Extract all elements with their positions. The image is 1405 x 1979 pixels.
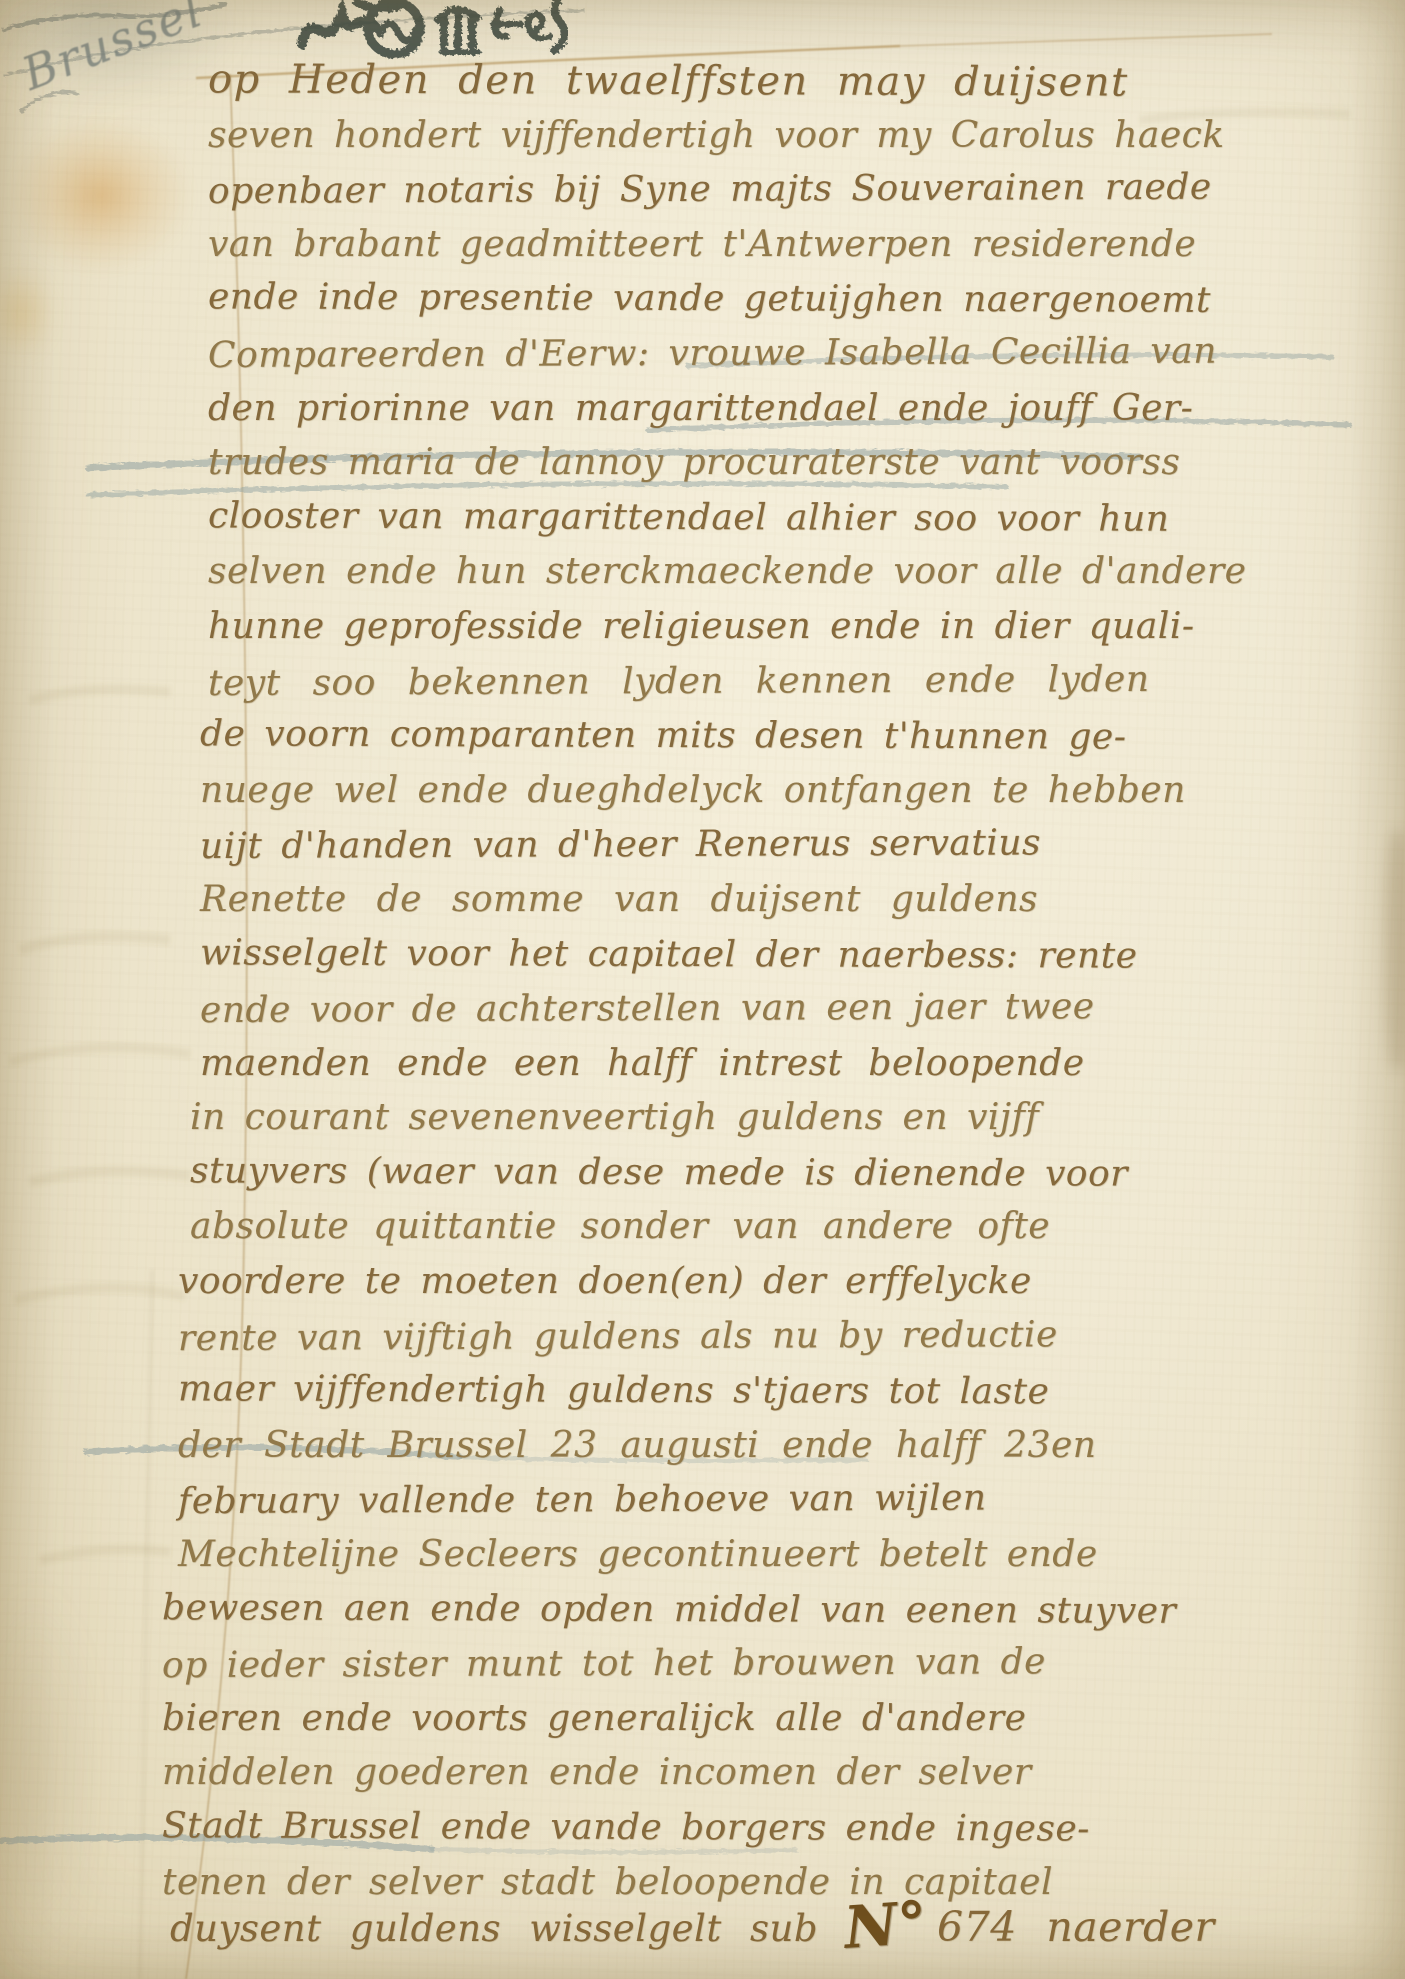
deed-line: op ieder sister munt tot het brouwen van… [162,1635,1138,1694]
deed-line: de voorn comparanten mits desen t'hunnen… [200,707,1138,765]
deed-line: maer vijffendertigh guldens s'tjaers tot… [178,1363,1138,1421]
deed-line: hunne geprofesside religieusen ende in d… [208,600,1138,655]
deed-line: absolute quittantie sonder van andere of… [190,1200,1138,1255]
deed-line: rente van vijftigh guldens als nu by red… [178,1308,1138,1367]
paper-crease-shade [1385,830,1405,1070]
deed-line: middelen goederen ende incomen der selve… [162,1746,1138,1801]
deed-line: selven ende hun sterckmaeckende voor all… [208,545,1138,600]
deed-line: wisselgelt voor het capitael der naerbes… [200,926,1138,984]
deed-line: den priorinne van margarittendael ende j… [208,382,1138,437]
deed-line: Mechtelijne Secleers gecontinueert betel… [178,1528,1138,1583]
deed-line: seven hondert vijffendertigh voor my Car… [208,109,1138,164]
deed-line: Compareerden d'Eerw: vrouwe Isabella Cec… [208,325,1138,384]
deed-line: trudes maria de lannoy procuraterste van… [208,436,1138,491]
deed-line: der Stadt Brussel 23 augusti ende halff … [178,1419,1138,1474]
deed-line: Stadt Brussel ende vande borgers ende in… [162,1799,1138,1857]
deed-line: bewesen aen ende opden middel van eenen … [162,1581,1138,1639]
deed-text-block: op Heden den twaelffsten may duijsentsev… [208,54,1138,1910]
deed-line: nuege wel ende dueghdelyck ontfangen te … [200,764,1138,819]
deed-line: teyt soo bekennen lyden kennen ende lyde… [208,653,1138,712]
deed-line: van brabant geadmitteert t'Antwerpen res… [208,218,1138,273]
paper-stain [0,1580,100,1979]
deed-final-line: duysent guldens wisselgelt subN°674 naer… [170,1892,1390,1952]
deed-line: ende inde presentie vande getuijghen nae… [208,271,1138,329]
deed-line: clooster van margarittendael alhier soo … [208,489,1138,547]
deed-line: february vallende ten behoeve van wijlen [178,1471,1138,1530]
fold-crease-line [140,1270,152,1979]
scanned-deed-page: Brussel op Heden den twaelffsten may dui… [0,0,1405,1979]
deed-line: bieren ende voorts generalijck alle d'an… [162,1692,1138,1747]
deed-line: uijt d'handen van d'heer Renerus servati… [200,816,1138,875]
deed-line: openbaer notaris bij Syne majts Souverai… [208,161,1138,220]
paper-stain [0,268,56,358]
registry-number-value: 674 naerder [937,1903,1215,1951]
paper-stain [8,118,193,273]
deed-line: Renette de somme van duijsent guldens [200,873,1138,928]
deed-line: voordere te moeten doen(en) der erffelyc… [178,1255,1138,1310]
deed-line: in courant sevenenveertigh guldens en vi… [190,1091,1138,1146]
deed-line: ende voor de achterstellen van een jaer … [200,980,1138,1039]
registry-number-mark: N° [842,1893,929,1957]
deed-line: maenden ende een halff intrest beloopend… [200,1037,1138,1092]
deed-line: stuyvers (waer van dese mede is dienende… [190,1144,1138,1202]
final-line-text: duysent guldens wisselgelt sub [170,1907,818,1950]
deed-line: op Heden den twaelffsten may duijsent [208,52,1138,110]
